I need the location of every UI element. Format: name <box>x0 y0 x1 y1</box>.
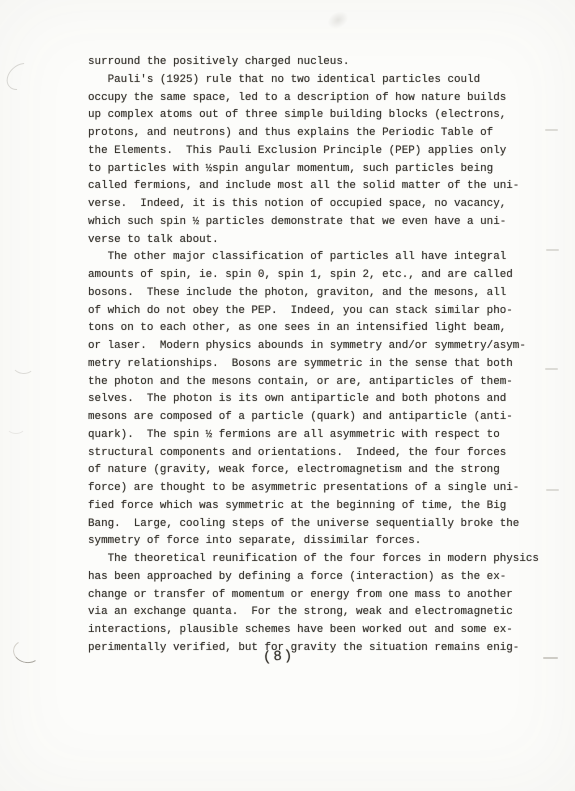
typed-line: via an exchange quanta. For the strong, … <box>88 604 539 622</box>
typed-line: fied force which was symmetric at the be… <box>88 498 539 516</box>
typed-line: selves. The photon is its own antipartic… <box>88 391 539 409</box>
typed-line: metry relationships. Bosons are symmetri… <box>88 356 539 374</box>
typed-line: up complex atoms out of three simple bui… <box>88 107 539 125</box>
typed-line: mesons are composed of a particle (quark… <box>88 409 539 427</box>
typed-line: which such spin ½ particles demonstrate … <box>88 214 539 232</box>
typed-line: Bang. Large, cooling steps of the univer… <box>88 516 539 534</box>
margin-tick-5 <box>543 657 558 659</box>
typed-line: verse. Indeed, it is this notion of occu… <box>88 196 539 214</box>
typed-line: the photon and the mesons contain, or ar… <box>88 374 539 392</box>
scanned-document-page: surround the positively charged nucleus.… <box>0 0 575 791</box>
scan-smudge <box>324 8 351 33</box>
margin-tick-3 <box>545 368 558 370</box>
hole-punch-mark-lower <box>6 418 26 434</box>
typed-line: of nature (gravity, weak force, electrom… <box>88 462 539 480</box>
typed-line: The other major classification of partic… <box>88 249 539 267</box>
typed-line: perimentally verified, but for gravity t… <box>88 640 539 658</box>
typed-line: occupy the same space, led to a descript… <box>88 90 539 108</box>
typed-line: surround the positively charged nucleus. <box>88 54 539 72</box>
typed-line: interactions, plausible schemes have bee… <box>88 622 539 640</box>
margin-tick-1 <box>545 129 558 131</box>
typed-line: protons, and neutrons) and thus explains… <box>88 125 539 143</box>
typed-line: structural components and orientations. … <box>88 445 539 463</box>
typed-line: change or transfer of momentum or energy… <box>88 587 539 605</box>
typed-text-block: surround the positively charged nucleus.… <box>88 54 539 658</box>
typed-line: quark). The spin ½ fermions are all asym… <box>88 427 539 445</box>
typed-line: called fermions, and include most all th… <box>88 178 539 196</box>
typed-line: of which do not obey the PEP. Indeed, yo… <box>88 303 539 321</box>
hole-punch-mark-bottom <box>11 638 43 666</box>
hole-punch-mark-middle <box>11 354 35 375</box>
typed-line: amounts of spin, ie. spin 0, spin 1, spi… <box>88 267 539 285</box>
typed-line: symmetry of force into separate, dissimi… <box>88 533 539 551</box>
typed-line: force) are thought to be asymmetric pres… <box>88 480 539 498</box>
typed-line: has been approached by defining a force … <box>88 569 539 587</box>
typed-line: the Elements. This Pauli Exclusion Princ… <box>88 143 539 161</box>
typed-line: or laser. Modern physics abounds in symm… <box>88 338 539 356</box>
typed-line: The theoretical reunification of the fou… <box>88 551 539 569</box>
typed-line: to particles with ½spin angular momentum… <box>88 161 539 179</box>
typed-line: Pauli's (1925) rule that no two identica… <box>88 72 539 90</box>
hole-punch-mark-top <box>1 58 39 96</box>
page-number: (8) <box>263 648 295 666</box>
typed-line: tons on to each other, as one sees in an… <box>88 320 539 338</box>
typed-line: bosons. These include the photon, gravit… <box>88 285 539 303</box>
margin-tick-2 <box>546 249 559 251</box>
margin-tick-4 <box>546 489 559 491</box>
typed-line: verse to talk about. <box>88 232 539 250</box>
